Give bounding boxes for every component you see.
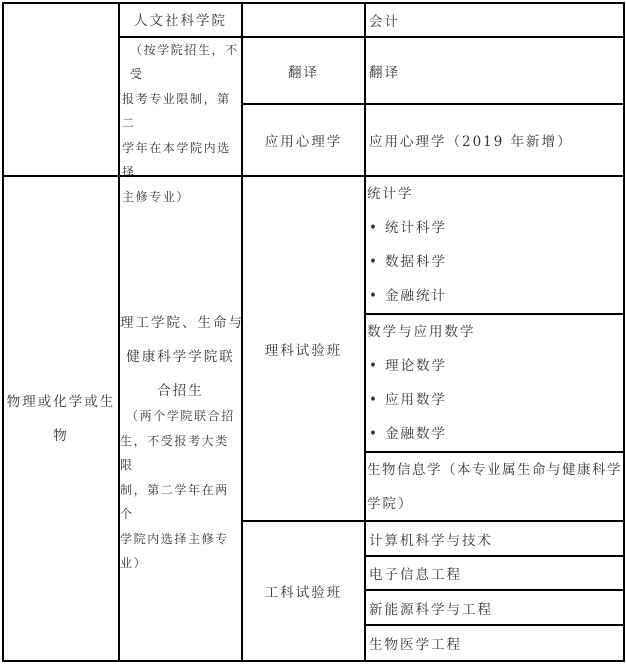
college-title-line: 健康科学学院联 xyxy=(120,340,241,374)
subject-line: 物 xyxy=(53,419,69,453)
class-psychology: 应用心理学 xyxy=(243,105,364,175)
major-electronic-info: 电子信息工程 xyxy=(366,557,623,589)
class-translation: 翻译 xyxy=(243,38,364,103)
college-note-line: 报考专业限制，第二 xyxy=(122,87,241,136)
class-label: 翻译 xyxy=(288,61,319,81)
major-group-title: 统计学 xyxy=(367,177,623,211)
border-bottom xyxy=(3,660,625,662)
major-label: 生物医学工程 xyxy=(369,633,623,653)
class-label: 应用心理学 xyxy=(265,130,343,150)
college-note-line: （两个学院联合招 xyxy=(120,404,241,429)
college-note-line: 生，不受报考大类限 xyxy=(120,429,241,478)
major-translation: 翻译 xyxy=(366,38,623,103)
major-subitem: 应用数学 xyxy=(367,383,623,417)
college-note-line: 学年在本学院内选择 xyxy=(122,136,241,185)
major-label: 生物信息学（本专业属生命与健康科学 xyxy=(367,453,623,487)
major-new-energy: 新能源科学与工程 xyxy=(366,591,623,624)
major-label: 学院） xyxy=(367,487,623,521)
major-subitem: 金融数学 xyxy=(367,417,623,451)
major-subitem: 数据科学 xyxy=(367,245,623,279)
major-subitem: 统计科学 xyxy=(367,211,623,245)
subject-line: 物理或化学或生 xyxy=(7,385,116,419)
college-title-line: 合招生 xyxy=(120,374,241,408)
major-label: 电子信息工程 xyxy=(369,563,623,583)
college-note-line: 主修专业） xyxy=(122,185,241,210)
border-right xyxy=(623,2,625,662)
college-science-life: 理工学院、生命与 健康科学学院联 合招生 （两个学院联合招 生，不受报考大类限 … xyxy=(120,306,241,576)
major-label: 新能源科学与工程 xyxy=(369,598,623,618)
college-humanities: 人文社科学院 （按学院招生，不受 报考专业限制，第二 学年在本学院内选择 主修专… xyxy=(120,38,241,175)
class-label: 理科试验班 xyxy=(265,339,343,359)
major-subitem: 理论数学 xyxy=(367,349,623,383)
major-label: 计算机科学与技术 xyxy=(369,529,623,549)
major-accounting: 会计 xyxy=(366,4,623,36)
college-note-line: （按学院招生，不受 xyxy=(122,38,241,87)
major-subitem: 金融统计 xyxy=(367,279,623,313)
subject-requirement: 物理或化学或生 物 xyxy=(4,177,118,660)
major-mathematics: 数学与应用数学 理论数学 应用数学 金融数学 xyxy=(366,315,623,451)
major-biomedical-eng: 生物医学工程 xyxy=(366,626,623,660)
college-note-line: 学院内选择主修专 xyxy=(120,527,241,552)
college-note-line: 业） xyxy=(120,551,241,576)
major-bioinformatics: 生物信息学（本专业属生命与健康科学 学院） xyxy=(366,453,623,520)
class-engineering-trial: 工科试验班 xyxy=(243,522,364,660)
class-science-trial: 理科试验班 xyxy=(243,177,364,520)
college-title: 人文社科学院 xyxy=(134,4,227,38)
college-title-line: 理工学院、生命与 xyxy=(120,306,241,340)
class-label: 工科试验班 xyxy=(265,581,343,601)
major-psychology: 应用心理学（2019 年新增） xyxy=(366,105,623,175)
major-label: 翻译 xyxy=(369,61,623,81)
major-label: 会计 xyxy=(369,10,623,30)
major-computer-science: 计算机科学与技术 xyxy=(366,522,623,555)
major-label: 应用心理学（2019 年新增） xyxy=(369,130,623,150)
major-group-title: 数学与应用数学 xyxy=(367,315,623,349)
major-statistics: 统计学 统计科学 数据科学 金融统计 xyxy=(366,177,623,313)
college-note-line: 制，第二学年在两个 xyxy=(120,478,241,527)
